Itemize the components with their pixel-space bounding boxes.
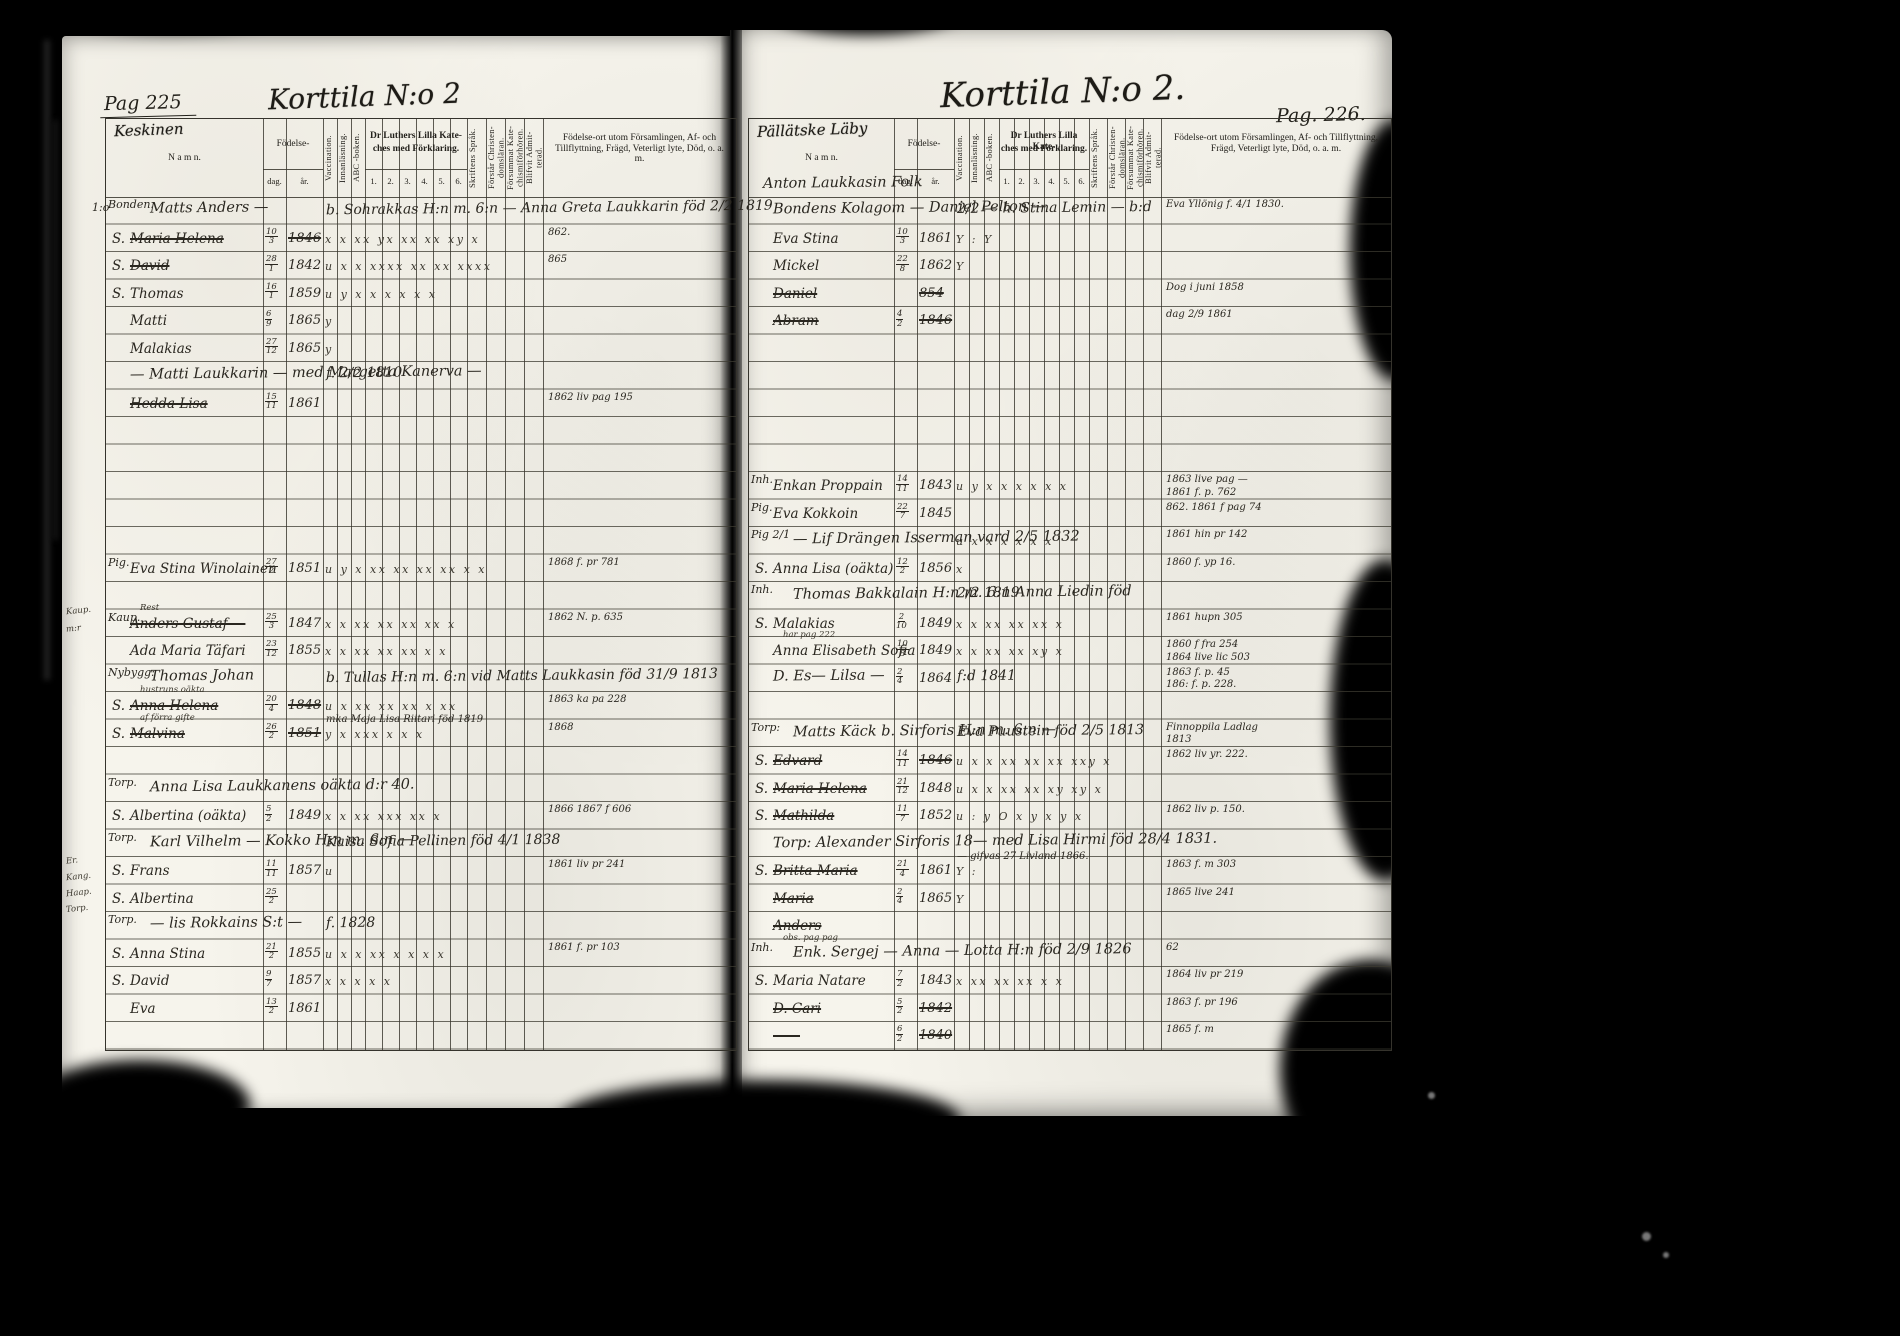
entry-name: D. Es— Lilsa — bbox=[773, 667, 885, 684]
entry-annotation: har pag 222 bbox=[783, 630, 835, 640]
entry-name: Maria bbox=[773, 891, 814, 907]
birth-day: 24 bbox=[896, 888, 903, 906]
entry-name: Anna Stina bbox=[130, 946, 205, 962]
table-row: Inh.Enkan Proppain14111843u y x x x x x … bbox=[749, 472, 1391, 500]
household-label: Inh. bbox=[751, 583, 773, 596]
script-over-namn: Keskinen bbox=[114, 120, 184, 140]
examination-marks: x bbox=[956, 563, 1159, 576]
birth-year: 1847 bbox=[288, 616, 321, 631]
entry-name: Eva Stina Winolainen bbox=[130, 561, 277, 577]
examination-marks: u : y O x y x y x bbox=[956, 810, 1159, 823]
register-table-right: N a m n.Pällätske LäbyAnton Laukkasin Fo… bbox=[748, 118, 1392, 1051]
scanned-parish-register: Pag 225 Pag. 226. Korttila N:o 2 Korttil… bbox=[0, 0, 1900, 1336]
margin-scribble: Torp. bbox=[66, 903, 89, 915]
entry-prefix: S. bbox=[112, 808, 125, 824]
col-header-dag: dag. bbox=[263, 177, 286, 187]
entry-continuation: f. 2/2 1810 bbox=[326, 365, 402, 382]
entry-prefix: S. bbox=[755, 753, 768, 769]
birth-year: 1865 bbox=[288, 313, 321, 328]
entry-continuation: Eva Puustein föd 2/5 1813 bbox=[957, 722, 1144, 740]
table-row: Daniel854Dog i juni 1858 bbox=[749, 280, 1391, 308]
entry-annotation: af förra gifte bbox=[140, 713, 195, 723]
scan-artifact bbox=[44, 40, 50, 680]
col-header-forsummat-katechismiforhoren: Försummat Kate- chismiförhören. bbox=[506, 122, 523, 194]
birth-year: 1846 bbox=[919, 753, 952, 768]
col-header-ar: år. bbox=[286, 177, 323, 187]
household-label: Torp. bbox=[108, 913, 137, 926]
table-row: S.Malakias2101849x x xx xx xx x1861 hupn… bbox=[749, 610, 1391, 638]
table-row: Inh.Thomas Bakkalain H:n m. 6:n Anna Lie… bbox=[749, 582, 1391, 610]
col-header-fodelse: Födelse- bbox=[894, 139, 954, 150]
col-header-k5: 5. bbox=[1059, 177, 1074, 187]
kateches-divider bbox=[365, 169, 467, 170]
birth-year: 1842 bbox=[288, 258, 321, 273]
birth-year: 1842 bbox=[919, 1001, 952, 1016]
table-row: S.Anna Lisa (oäkta)1221856x1860 f. yp 16… bbox=[749, 555, 1391, 583]
birth-day: 52 bbox=[896, 998, 903, 1016]
table-row: af förra gifteS.Malvina2621851y x xxx x … bbox=[106, 720, 736, 748]
entry-name: Anna Elisabeth Sofia bbox=[773, 643, 915, 659]
entry-name: Mickel bbox=[773, 258, 819, 274]
table-row: Anders bbox=[749, 912, 1391, 940]
col-header-vaccination: Vaccination. bbox=[955, 122, 968, 194]
table-row: Torp.Karl Vilhelm — Kokko H:n m. 6:n —Ka… bbox=[106, 830, 736, 858]
remarks-note: 1861 hin pr 142 bbox=[1166, 529, 1388, 542]
scan-artifact bbox=[1663, 1252, 1669, 1258]
remarks-note: 1861 liv pr 241 bbox=[548, 859, 733, 872]
col-header-blifvit-admitterad: Blifvit Admit- terad. bbox=[525, 122, 542, 194]
birth-day: 122 bbox=[896, 558, 909, 576]
entry-name: Enk. Sergej — Anna — Lotta H:n föd 2/9 1… bbox=[793, 941, 1132, 961]
birth-day: 117 bbox=[896, 805, 909, 823]
birth-day: 227 bbox=[896, 503, 909, 521]
table-row: Pig.Eva Stina Winolainen2721851u y x xx … bbox=[106, 555, 736, 583]
col-header-innanlasning: Innanläsning. bbox=[970, 122, 983, 194]
birth-year: 1865 bbox=[288, 341, 321, 356]
remarks-note: 1863 f. p. 45 186: f. p. 228. bbox=[1166, 667, 1388, 692]
birth-year: 1846 bbox=[288, 231, 321, 246]
birth-day: 228 bbox=[896, 255, 909, 273]
col-header-fodelseort: Födelse-ort utom Församlingen, Af- och T… bbox=[1167, 133, 1385, 154]
table-row: Torp.— lis Rokkains S:t —f. 1828 bbox=[106, 912, 736, 940]
examination-marks: x x xx yx xx xx xy x bbox=[325, 233, 541, 246]
col-header-blifvit-admitterad: Blifvit Admit- terad. bbox=[1144, 122, 1160, 194]
col-header-skriftens-sprak: Skriftens Språk. bbox=[468, 122, 485, 194]
examination-marks: u y x x x x x x bbox=[956, 480, 1159, 493]
entry-name: Hedda Lisa bbox=[130, 396, 208, 412]
table-row: Pig 2/1— Lif Drängen Isserman vard 2/5 1… bbox=[749, 527, 1391, 555]
remarks-note: 1863 ka pa 228 bbox=[548, 694, 733, 707]
table-row: Maria241865Y1865 live 241 bbox=[749, 885, 1391, 913]
remarks-note: 1862 liv pag 195 bbox=[548, 392, 733, 405]
birth-year: 1861 bbox=[288, 396, 321, 411]
birth-day: 281 bbox=[265, 255, 278, 273]
household-label: Torp: bbox=[751, 721, 780, 734]
remarks-note: 1860 f fra 254 1864 live lic 503 bbox=[1166, 639, 1388, 664]
household-label: Bonden. bbox=[108, 198, 154, 211]
birth-day: 62 bbox=[896, 1025, 903, 1043]
household-label: Torp. bbox=[108, 776, 137, 789]
birth-day: 210 bbox=[896, 613, 907, 631]
remarks-note: dag 2/9 1861 bbox=[1166, 309, 1388, 322]
birth-day: 103 bbox=[265, 228, 278, 246]
script-over-namn: Pällätske Läby bbox=[757, 119, 868, 141]
table-row: Ada Maria Täfari23121855x x xx xx xx x x bbox=[106, 637, 736, 665]
birth-year: 1855 bbox=[288, 946, 321, 961]
birth-year: 1851 bbox=[288, 561, 321, 576]
birth-year: 1865 bbox=[919, 891, 952, 906]
birth-year: 1864 bbox=[919, 671, 952, 686]
scan-artifact bbox=[1428, 1092, 1435, 1099]
table-row: S.Anna Stina2121855u x x xx x x x x1861 … bbox=[106, 940, 736, 968]
entry-name: — Matti Laukkarin — med Margetta Kanerva… bbox=[130, 363, 482, 383]
remarks-note: 865 bbox=[548, 254, 733, 267]
birth-day: 1111 bbox=[265, 860, 278, 878]
entry-name: Ada Maria Täfari bbox=[130, 643, 246, 659]
entry-continuation: f:d 1841 bbox=[957, 667, 1016, 684]
household-label: Pig. bbox=[751, 501, 772, 514]
examination-marks: x x xx xx xx x x bbox=[325, 645, 541, 658]
entry-name: Maria Helena bbox=[773, 781, 867, 797]
household-label: Nybygg: bbox=[108, 666, 155, 679]
birth-year: 1849 bbox=[919, 616, 952, 631]
examination-marks: x x xx xx xx xx x bbox=[325, 618, 541, 631]
col-header-namn: N a m n. bbox=[749, 153, 894, 164]
entry-prefix: S. bbox=[112, 863, 125, 879]
examination-marks: x x x x x bbox=[325, 975, 541, 988]
col-header-skriftens-sprak: Skriftens Språk. bbox=[1090, 122, 1106, 194]
table-row: 1:oBonden.Matts Anders —b. Sohrakkas H:n… bbox=[106, 197, 736, 225]
entry-prefix: S. bbox=[755, 973, 768, 989]
col-header-k3: 3. bbox=[399, 177, 416, 187]
birth-day: 262 bbox=[265, 723, 278, 741]
examination-marks: u y x x x x x x bbox=[325, 288, 541, 301]
birth-day: 24 bbox=[896, 668, 903, 686]
table-row: Malakias27121865y bbox=[106, 335, 736, 363]
remarks-note: 1861 hupn 305 bbox=[1166, 612, 1388, 625]
entry-name: Matti bbox=[130, 313, 167, 329]
entry-name: Daniel bbox=[773, 286, 817, 302]
entry-name: David bbox=[130, 258, 169, 274]
entry-name: Eva Kokkoin bbox=[773, 506, 858, 522]
birth-year: 854 bbox=[919, 286, 944, 301]
col-header-k2: 2. bbox=[382, 177, 399, 187]
table-row: D. Cari5218421863 f. pr 196 bbox=[749, 995, 1391, 1023]
table-row: S.Thomas1611859u y x x x x x x bbox=[106, 280, 736, 308]
remarks-note: 1863 live pag — 1861 f. p. 762 bbox=[1166, 474, 1388, 499]
left-margin-notes: Kaup.m:rEr.Kang.Haap.Torp. bbox=[64, 0, 104, 1100]
col-header-forsummat-katechismiforhoren: Försummat Kate- chismiförhören. bbox=[1126, 122, 1142, 194]
birth-year: 1861 bbox=[288, 1001, 321, 1016]
household-label: Inh. bbox=[751, 941, 773, 954]
table-row: S.David971857x x x x x bbox=[106, 967, 736, 995]
birth-year: 1845 bbox=[919, 506, 952, 521]
entry-continuation: — gifvas 27 Livland 1866. bbox=[957, 851, 1089, 862]
examination-marks: u x x x x x x bbox=[956, 535, 1159, 548]
birth-day: 2112 bbox=[896, 778, 909, 796]
birth-year: 1848 bbox=[919, 781, 952, 796]
table-row: — Matti Laukkarin — med Margetta Kanerva… bbox=[106, 362, 736, 390]
remarks-note: 1863 f. m 303 bbox=[1166, 859, 1388, 872]
col-header-dag: dag. bbox=[894, 177, 917, 187]
birth-day: 42 bbox=[896, 310, 903, 328]
col-header-k6: 6. bbox=[1074, 177, 1089, 187]
birth-year: 1846 bbox=[919, 313, 952, 328]
examination-marks: Y : bbox=[956, 865, 1159, 878]
entry-name: David bbox=[130, 973, 169, 989]
remarks-note: 1866 1867 f 606 bbox=[548, 804, 733, 817]
entry-name: Britta Maria bbox=[773, 863, 858, 879]
col-header-namn: N a m n. bbox=[106, 153, 263, 164]
table-row: S.Britta Maria2141861Y :— gifvas 27 Livl… bbox=[749, 857, 1391, 885]
entry-name: Maria Helena bbox=[130, 231, 224, 247]
col-header-k2: 2. bbox=[1014, 177, 1029, 187]
entry-prefix: S. bbox=[112, 286, 125, 302]
examination-marks: u x x xx xx xy xy x bbox=[956, 783, 1159, 796]
col-header-abc-boken: ABC -boken. bbox=[985, 122, 998, 194]
birth-day: 97 bbox=[265, 970, 272, 988]
table-row: Eva1321861 bbox=[106, 995, 736, 1023]
birth-year: 1861 bbox=[919, 231, 952, 246]
table-row: S.Maria Helena21121848u x x xx xx xy xy … bbox=[749, 775, 1391, 803]
examination-marks: x x xx xx xx x bbox=[956, 618, 1159, 631]
entry-prefix: S. bbox=[112, 231, 125, 247]
examination-marks: Y bbox=[956, 893, 1159, 906]
examination-marks: x xx xx xx x x bbox=[956, 975, 1159, 988]
examination-marks: x x xx xx xy x bbox=[956, 645, 1159, 658]
col-header-fodelseort: Födelse-ort utom Församlingen, Af- och T… bbox=[549, 133, 730, 165]
entry-prefix: S. bbox=[112, 698, 125, 714]
col-header-kateches-line1: Dr Luthers Lilla Kate- bbox=[365, 131, 467, 142]
page-title-right: Korttila N:o 2. bbox=[939, 68, 1185, 117]
entry-prefix: S. bbox=[755, 808, 768, 824]
col-header-vaccination: Vaccination. bbox=[324, 122, 336, 194]
birth-day: 1511 bbox=[265, 393, 278, 411]
remarks-note: Dog i juni 1858 bbox=[1166, 282, 1388, 295]
entry-continuation: b. Sohrakkas H:n m. 6:n — Anna Greta Lau… bbox=[326, 198, 773, 219]
margin-scribble: Er. bbox=[66, 855, 79, 866]
entry-name: Torp: Alexander Sirforis 18— med Lisa Hi… bbox=[773, 830, 1217, 851]
examination-marks: x x xx xxx xx x bbox=[325, 810, 541, 823]
birth-year: 1852 bbox=[919, 808, 952, 823]
scan-artifact bbox=[770, 0, 960, 34]
entry-name: Malakias bbox=[130, 341, 192, 357]
examination-marks: y bbox=[325, 315, 541, 328]
kateches-divider bbox=[999, 169, 1089, 170]
entry-continuation: mka Maja Lisa Riitari föd 1819 bbox=[326, 714, 483, 725]
remarks-note: Eva Yllönig f. 4/1 1830. bbox=[1166, 199, 1388, 212]
entry-prefix: S. bbox=[755, 616, 768, 632]
entry-continuation: 2/2 1819 bbox=[957, 585, 1020, 602]
scan-artifact bbox=[30, 1060, 250, 1150]
remarks-note: 1861 f. pr 103 bbox=[548, 942, 733, 955]
birth-day: 253 bbox=[265, 613, 278, 631]
table-row: Mickel2281862Y bbox=[749, 252, 1391, 280]
examination-marks: y bbox=[325, 343, 541, 356]
examination-marks: Y bbox=[956, 260, 1159, 273]
examination-marks: u y x xx xx xx xx x x bbox=[325, 563, 541, 576]
birth-year: 1848 bbox=[288, 698, 321, 713]
page-number-left: Pag 225 bbox=[100, 91, 196, 118]
entry-name: — lis Rokkains S:t — bbox=[150, 914, 302, 932]
birth-year: 1849 bbox=[288, 808, 321, 823]
household-label: Pig. bbox=[108, 556, 129, 569]
entry-continuation: b. Tullas H:n m. 6:n vid Matts Laukkasin… bbox=[326, 665, 718, 685]
birth-year: 1857 bbox=[288, 863, 321, 878]
col-header-k6: 6. bbox=[450, 177, 467, 187]
entry-annotation: hustruns oäkta bbox=[140, 685, 205, 695]
col-header-ar: år. bbox=[917, 177, 954, 187]
entry-name: Eva bbox=[130, 1001, 156, 1017]
entry-prefix: S. bbox=[112, 891, 125, 907]
birth-year: 1851 bbox=[288, 726, 321, 741]
remarks-note: 1868 bbox=[548, 722, 733, 735]
birth-year: 1856 bbox=[919, 561, 952, 576]
birth-year: 1857 bbox=[288, 973, 321, 988]
household-label: Pig 2/1 bbox=[751, 528, 790, 541]
table-row: Kaup.RestAnders Gustaf —2531847x x xx xx… bbox=[106, 610, 736, 638]
entry-name: Thomas Johan bbox=[150, 667, 254, 684]
col-header-abc-boken: ABC -boken. bbox=[352, 122, 364, 194]
margin-scribble: Kang. bbox=[66, 871, 92, 884]
birth-year: 1843 bbox=[919, 973, 952, 988]
col-header-kateches-line2: ches med Förklaring. bbox=[999, 144, 1089, 155]
examination-marks: u bbox=[325, 865, 541, 878]
entry-prefix: S. bbox=[112, 973, 125, 989]
entry-prefix: S. bbox=[112, 946, 125, 962]
entry-name: Maria Natare bbox=[773, 973, 866, 989]
table-row: har pag 222Anna Elisabeth Sofia1081849x … bbox=[749, 637, 1391, 665]
page-title-left: Korttila N:o 2 bbox=[267, 77, 461, 117]
table-row: S.Maria Helena1031846x x xx yx xx xx xy … bbox=[106, 225, 736, 253]
table-row: ——6218401865 f. m bbox=[749, 1022, 1391, 1050]
col-header-k3: 3. bbox=[1029, 177, 1044, 187]
entry-name: Malvina bbox=[130, 726, 185, 742]
col-header-k1: 1. bbox=[999, 177, 1014, 187]
fodelse-divider bbox=[894, 169, 954, 170]
col-header-k4: 4. bbox=[1044, 177, 1059, 187]
entry-prefix: S. bbox=[112, 258, 125, 274]
birth-year: 1840 bbox=[919, 1028, 952, 1043]
entry-name: Anders Gustaf — bbox=[130, 616, 245, 632]
entry-name: Thomas bbox=[130, 286, 184, 302]
scan-artifact bbox=[1642, 1232, 1651, 1241]
table-row: Bondens Kolagom — Daniel Pelton —2/2 — h… bbox=[749, 197, 1391, 225]
col-header-k5: 5. bbox=[433, 177, 450, 187]
register-table-left: N a m n.KeskinenFödelse-dag.år.Vaccinati… bbox=[105, 118, 737, 1051]
col-header-forstar-christendomslaran: Förstår Christen- domsläran. bbox=[487, 122, 504, 194]
remarks-note: 1860 f. yp 16. bbox=[1166, 557, 1388, 570]
examination-marks: u x x xxxx xx xx xxxx bbox=[325, 260, 541, 273]
remarks-note: 62 bbox=[1166, 942, 1388, 955]
entry-name: Enkan Proppain bbox=[773, 478, 883, 494]
table-row: Hedda Lisa151118611862 liv pag 195 bbox=[106, 390, 736, 418]
entry-name: —— bbox=[773, 1028, 800, 1044]
entry-continuation: Kaisa Sofia Pellinen föd 4/1 1838 bbox=[326, 831, 560, 849]
table-row: D. Es— Lilsa —241864f:d 18411863 f. p. 4… bbox=[749, 665, 1391, 693]
birth-year: 1861 bbox=[919, 863, 952, 878]
examination-marks: u x x xx xx xx xxy x bbox=[956, 755, 1159, 768]
margin-scribble: m:r bbox=[66, 623, 82, 635]
entry-name: Matts Anders — bbox=[150, 199, 269, 216]
table-row: Matti691865y bbox=[106, 307, 736, 335]
entry-name: Mathilda bbox=[773, 808, 834, 824]
birth-day: 2712 bbox=[265, 338, 278, 356]
remarks-note: 1862 liv p. 150. bbox=[1166, 804, 1388, 817]
birth-year: 1843 bbox=[919, 478, 952, 493]
entry-name: Albertina bbox=[130, 891, 194, 907]
entry-prefix: S. bbox=[755, 863, 768, 879]
birth-day: 1411 bbox=[896, 750, 909, 768]
birth-day: 108 bbox=[896, 640, 909, 658]
table-row: Eva Stina1031861Y : Y bbox=[749, 225, 1391, 253]
remarks-note: 1864 liv pr 219 bbox=[1166, 969, 1388, 982]
col-header-k4: 4. bbox=[416, 177, 433, 187]
examination-marks: y x xxx x x x bbox=[325, 728, 541, 741]
birth-day: 1411 bbox=[896, 475, 909, 493]
examination-marks: Y : Y bbox=[956, 233, 1159, 246]
entry-name: Eva Stina bbox=[773, 231, 839, 247]
examination-marks: u x xx xx xx x xx bbox=[325, 700, 541, 713]
table-row: Torp.Anna Lisa Laukkanens oäkta d:r 40. bbox=[106, 775, 736, 803]
entry-prefix: S. bbox=[112, 726, 125, 742]
entry-name: Abram bbox=[773, 313, 819, 329]
table-row: Pig.Eva Kokkoin2271845862. 1861 f pag 74 bbox=[749, 500, 1391, 528]
entry-name: Anna Lisa Laukkanens oäkta d:r 40. bbox=[150, 776, 415, 795]
birth-day: 69 bbox=[265, 310, 272, 328]
table-row: S.Edvard14111846u x x xx xx xx xxy x1862… bbox=[749, 747, 1391, 775]
col-header-k1: 1. bbox=[365, 177, 382, 187]
household-label: Torp. bbox=[108, 831, 137, 844]
birth-day: 103 bbox=[896, 228, 909, 246]
col-header-fodelse: Födelse- bbox=[263, 139, 323, 150]
entry-annotation: Rest bbox=[140, 603, 159, 613]
fodelse-divider bbox=[263, 169, 323, 170]
entry-continuation: 2/2 — h. Stina Lemin — b:d bbox=[957, 199, 1152, 217]
examination-marks: u x x xx x x x x bbox=[325, 948, 541, 961]
scan-artifact bbox=[560, 1080, 960, 1160]
table-row: S.Albertina252 bbox=[106, 885, 736, 913]
birth-year: 1849 bbox=[919, 643, 952, 658]
remarks-note: 862. bbox=[548, 227, 733, 240]
entry-annotation: obs. pag pag bbox=[783, 933, 838, 943]
remarks-note: 1865 live 241 bbox=[1166, 887, 1388, 900]
table-row: S.Frans11111857u1861 liv pr 241 bbox=[106, 857, 736, 885]
remarks-note: Finnoppila Ladlag 1813 bbox=[1166, 722, 1388, 747]
birth-day: 161 bbox=[265, 283, 278, 301]
remarks-note: 1862 N. p. 635 bbox=[548, 612, 733, 625]
birth-year: 1859 bbox=[288, 286, 321, 301]
birth-year: 1862 bbox=[919, 258, 952, 273]
entry-continuation: f. 1828 bbox=[326, 915, 375, 932]
entry-prefix: S. bbox=[755, 781, 768, 797]
remarks-note: 1863 f. pr 196 bbox=[1166, 997, 1388, 1010]
table-row: Torp:Matts Käck b. Sirforis H:n m. 6:n —… bbox=[749, 720, 1391, 748]
entry-prefix: S. bbox=[755, 561, 768, 577]
entry-name: Anna Lisa (oäkta) bbox=[773, 561, 893, 577]
table-row: S.Maria Natare721843x xx xx xx x x1864 l… bbox=[749, 967, 1391, 995]
table-row: Abram421846dag 2/9 1861 bbox=[749, 307, 1391, 335]
birth-day: 52 bbox=[265, 805, 272, 823]
remarks-note: 1868 f. pr 781 bbox=[548, 557, 733, 570]
table-row: S.Albertina (oäkta)521849x x xx xxx xx x… bbox=[106, 802, 736, 830]
birth-year: 1855 bbox=[288, 643, 321, 658]
remarks-note: 862. 1861 f pag 74 bbox=[1166, 502, 1388, 515]
birth-day: 2312 bbox=[265, 640, 278, 658]
col-header-innanlasning: Innanläsning. bbox=[338, 122, 350, 194]
birth-day: 204 bbox=[265, 695, 278, 713]
entry-name: Edvard bbox=[773, 753, 822, 769]
